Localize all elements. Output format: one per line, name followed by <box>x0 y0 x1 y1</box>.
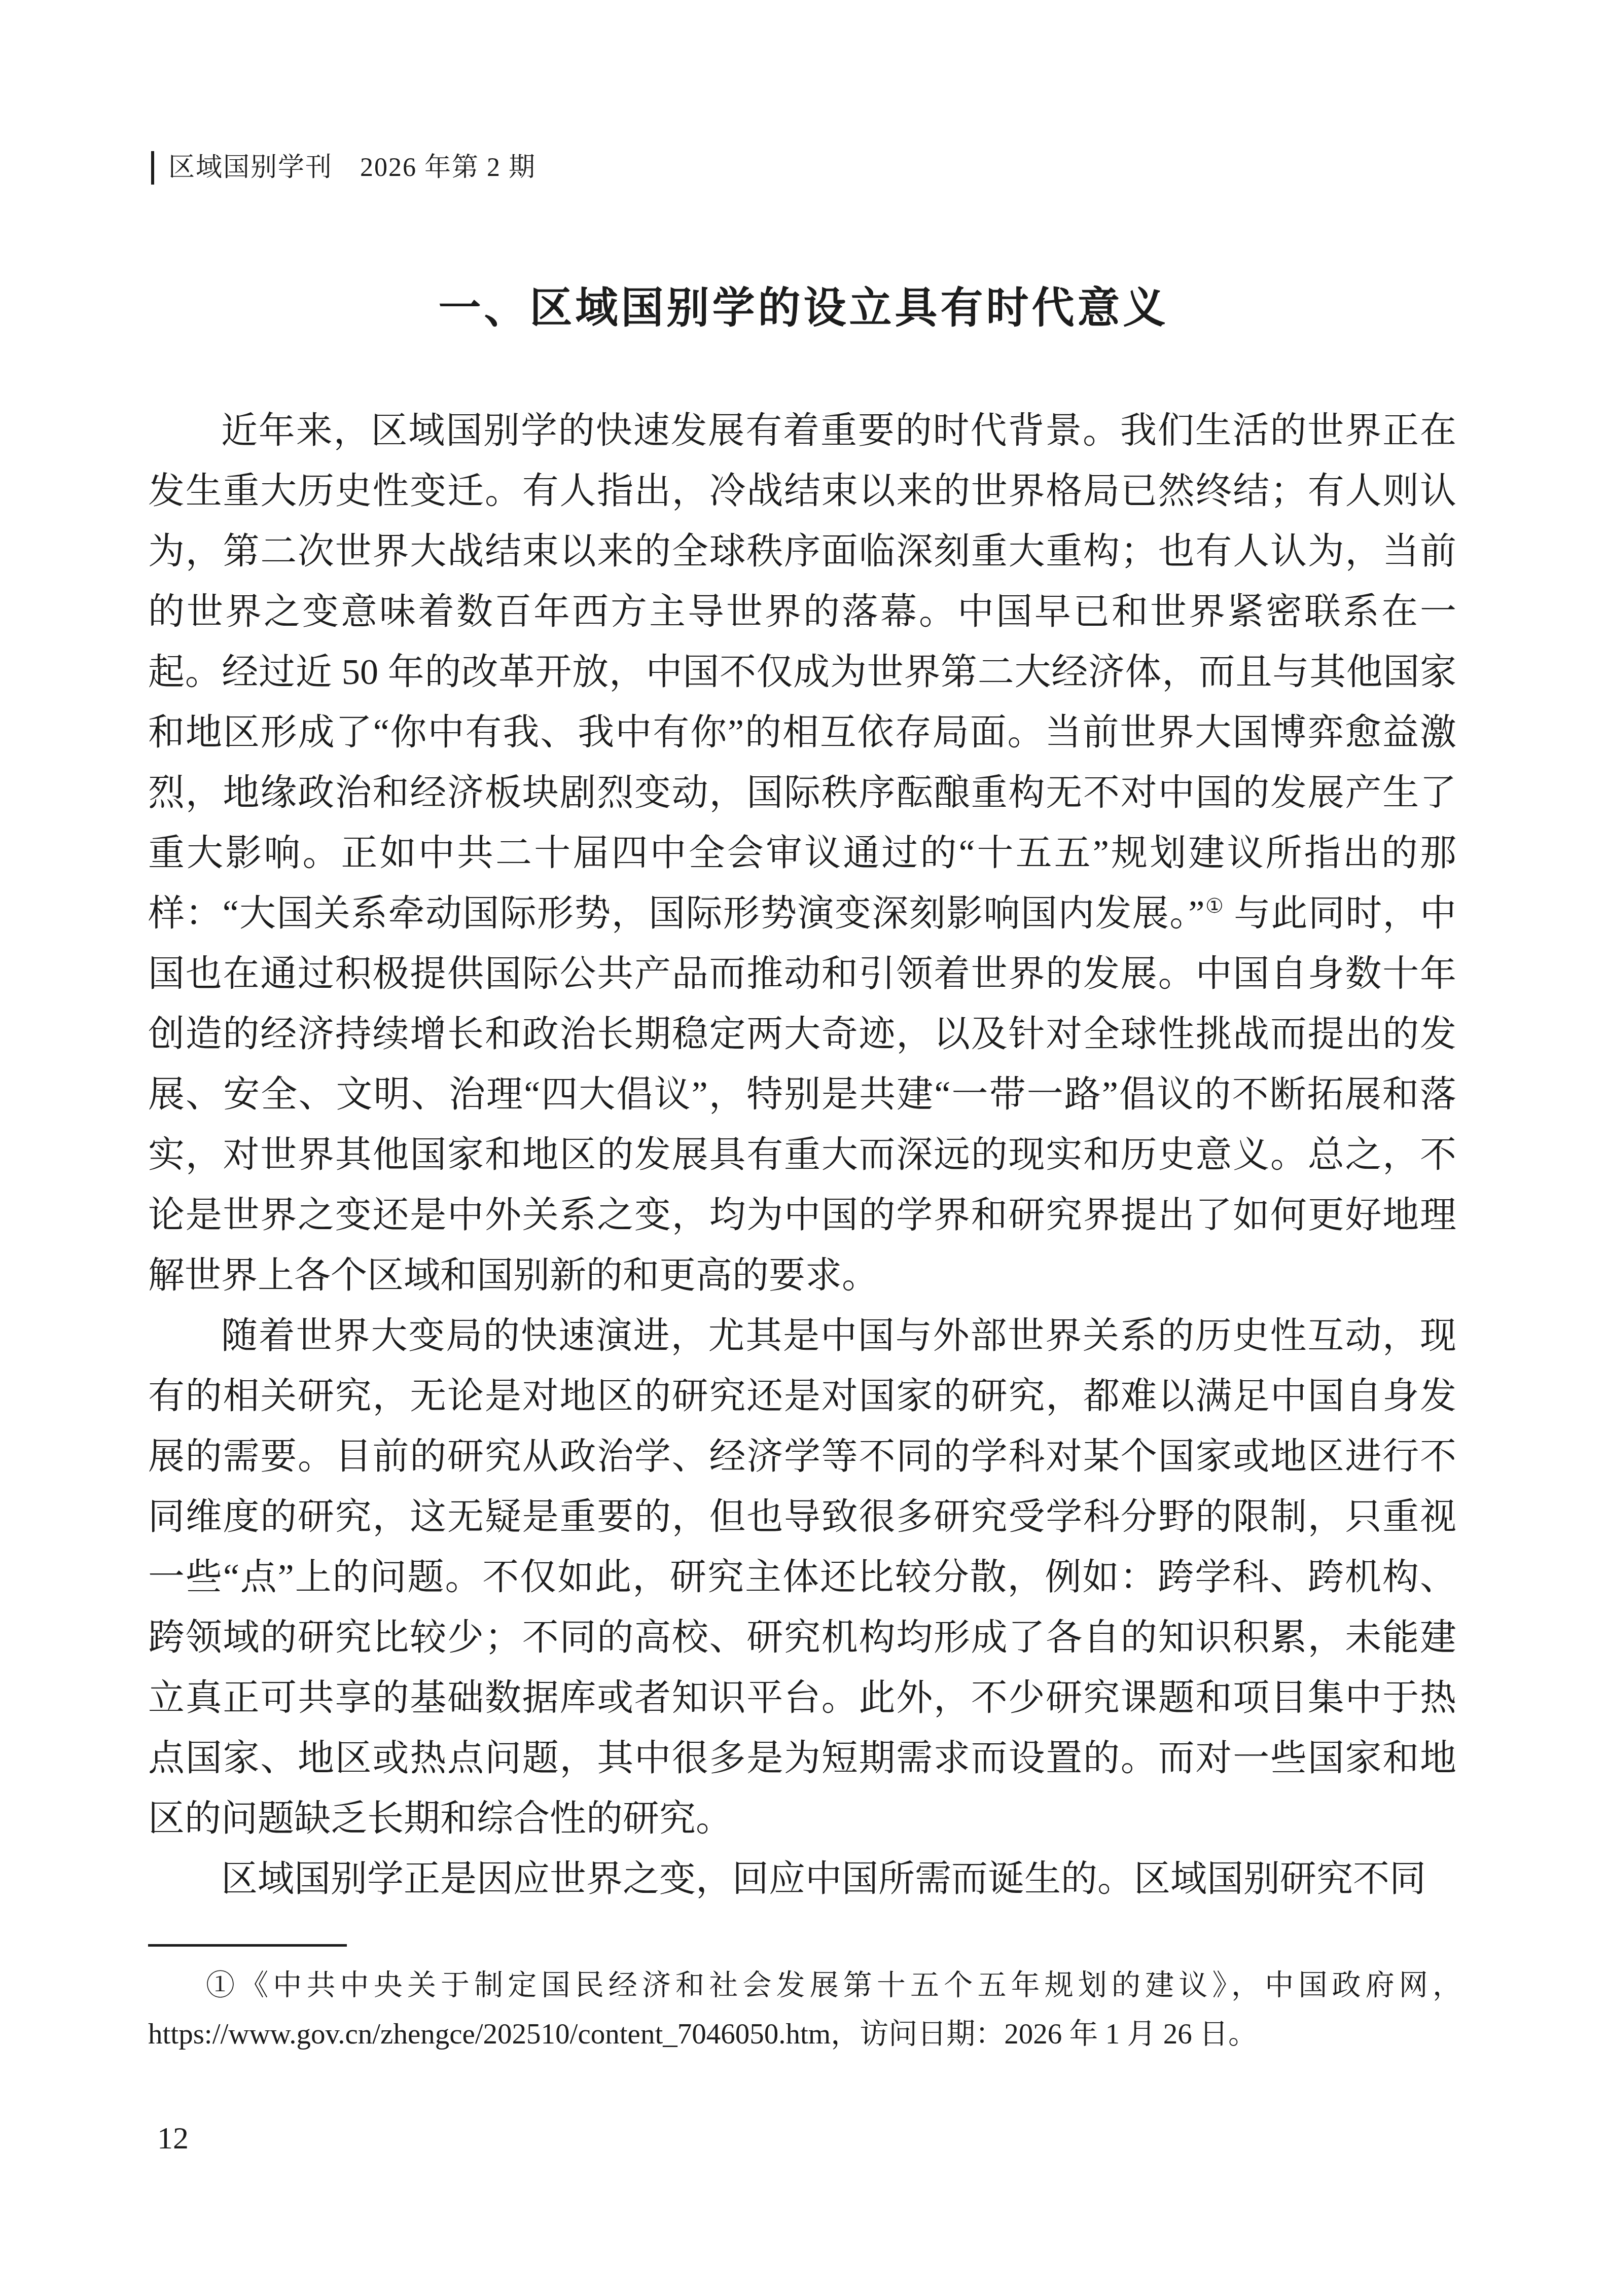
page-number: 12 <box>157 2121 189 2156</box>
paragraph-1: 近年来，区域国别学的快速发展有着重要的时代背景。我们生活的世界正在发生重大历史性… <box>148 401 1456 1306</box>
paragraph-3: 区域国别学正是因应世界之变，回应中国所需而诞生的。区域国别研究不同 <box>148 1849 1456 1909</box>
footnote-divider <box>148 1944 347 1947</box>
paragraph-2: 随着世界大变局的快速演进，尤其是中国与外部世界关系的历史性互动，现有的相关研究，… <box>148 1306 1456 1849</box>
footnote-text: ①《中共中央关于制定国民经济和社会发展第十五个五年规划的建议》，中国政府网，ht… <box>148 1961 1461 2059</box>
journal-header: 区域国别学刊 2026 年第 2 期 <box>151 151 536 185</box>
paragraph-1-continued: 与此同时，中国也在通过积极提供国际公共产品而推动和引领着世界的发展。中国自身数十… <box>148 893 1456 1296</box>
paragraph-1-text: 近年来，区域国别学的快速发展有着重要的时代背景。我们生活的世界正在发生重大历史性… <box>148 410 1456 934</box>
journal-header-text: 区域国别学刊 2026 年第 2 期 <box>168 153 536 182</box>
article-body: 近年来，区域国别学的快速发展有着重要的时代背景。我们生活的世界正在发生重大历史性… <box>148 401 1456 1909</box>
footnote-marker: ① <box>1205 895 1224 917</box>
journal-page: 区域国别学刊 2026 年第 2 期 一、区域国别学的设立具有时代意义 近年来，… <box>0 0 1607 2296</box>
section-title: 一、区域国别学的设立具有时代意义 <box>0 274 1607 335</box>
